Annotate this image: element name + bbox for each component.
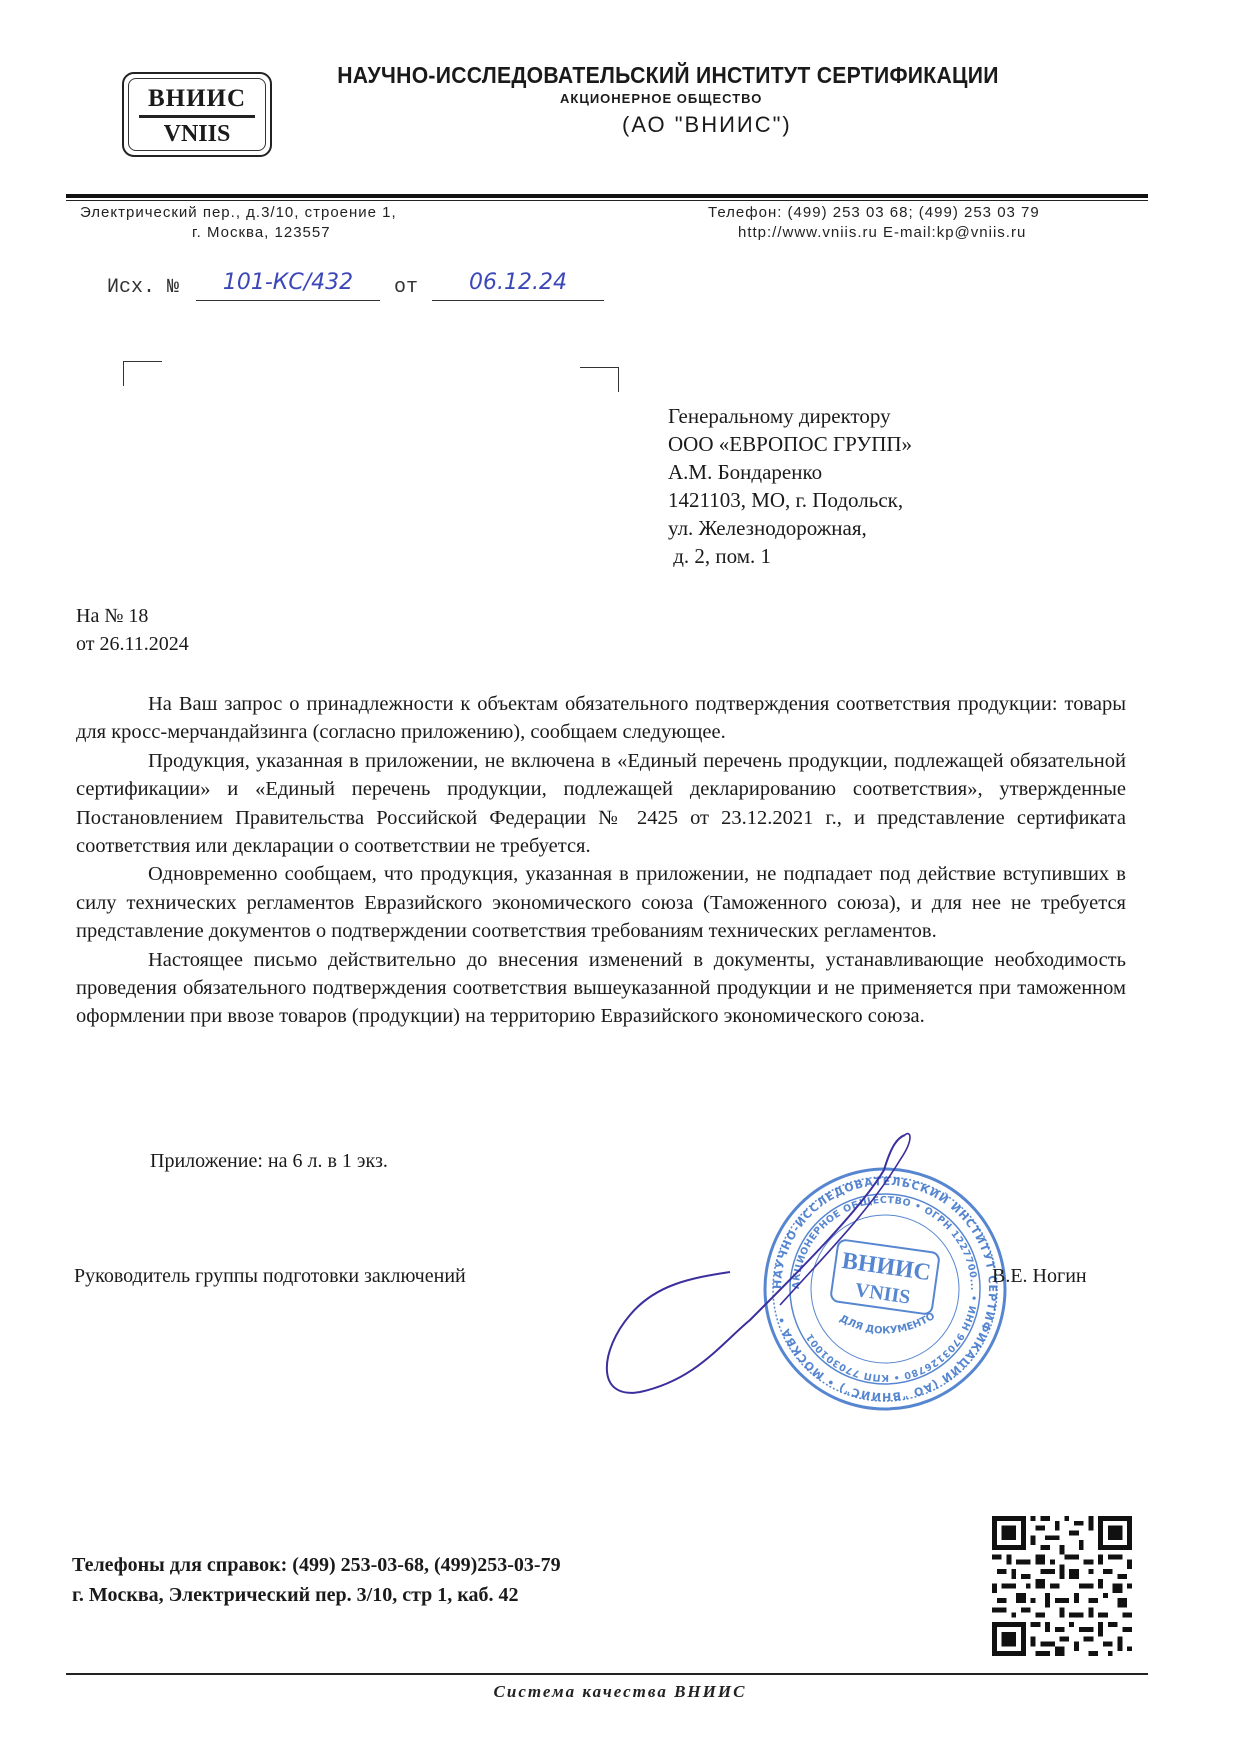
web-email-line: http://www.vniis.ru E-mail:kp@vniis.ru [738, 224, 1026, 241]
body-paragraph: На Ваш запрос о принадлежности к объекта… [76, 690, 1126, 747]
footer-contacts: Телефоны для справок: (499) 253-03-68, (… [72, 1550, 561, 1610]
reference-date: от 26.11.2024 [76, 630, 189, 658]
recipient-line: ул. Железнодорожная, [668, 514, 912, 542]
address-line-2: г. Москва, 123557 [192, 224, 331, 241]
recipient-block: Генеральному директору ООО «ЕВРОПОС ГРУП… [668, 402, 912, 570]
recipient-line: А.М. Бондаренко [668, 458, 912, 486]
qr-code[interactable] [992, 1516, 1132, 1656]
organization-form: АКЦИОНЕРНОЕ ОБЩЕСТВО [560, 91, 762, 106]
quality-system-label: Система качества ВНИИС [0, 1682, 1240, 1702]
letter-body: На Ваш запрос о принадлежности к объекта… [76, 690, 1126, 1031]
footer-divider [66, 1673, 1148, 1675]
organization-short-name: (АО "ВНИИС") [622, 112, 792, 138]
vniis-logo: ВНИИС VNIIS [122, 72, 272, 157]
organization-title: НАУЧНО-ИССЛЕДОВАТЕЛЬСКИЙ ИНСТИТУТ СЕРТИФ… [300, 62, 1036, 89]
handwritten-signature [600, 1130, 960, 1430]
footer-phones: Телефоны для справок: (499) 253-03-68, (… [72, 1550, 561, 1580]
recipient-line: 1421103, МО, г. Подольск, [668, 486, 912, 514]
address-corner-right [580, 367, 619, 392]
body-paragraph: Одновременно сообщаем, что продукция, ук… [76, 860, 1126, 945]
logo-text-latin: VNIIS [129, 120, 265, 148]
outgoing-date-handwritten: 06.12.24 [432, 270, 604, 301]
logo-text-cyrillic: ВНИИС [129, 85, 265, 113]
body-paragraph: Продукция, указанная в приложении, не вк… [76, 747, 1126, 861]
recipient-line: д. 2, пом. 1 [668, 542, 912, 570]
outgoing-date-label: от [394, 276, 418, 299]
reference-block: На № 18 от 26.11.2024 [76, 602, 189, 658]
reference-number: На № 18 [76, 602, 189, 630]
logo-divider [139, 115, 255, 118]
address-line-1: Электрический пер., д.3/10, строение 1, [80, 204, 397, 221]
header-divider-thin [66, 200, 1148, 201]
recipient-line: ООО «ЕВРОПОС ГРУПП» [668, 430, 912, 458]
footer-address: г. Москва, Электрический пер. 3/10, стр … [72, 1580, 561, 1610]
signer-name: В.Е. Ногин [992, 1265, 1087, 1288]
appendix-note: Приложение: на 6 л. в 1 экз. [150, 1150, 388, 1173]
address-corner-left [123, 361, 162, 386]
outgoing-number-label: Исх. № [107, 276, 179, 299]
outgoing-number-handwritten: 101-КС/432 [196, 270, 380, 301]
recipient-line: Генеральному директору [668, 402, 912, 430]
header-divider-thick [66, 194, 1148, 198]
phone-line: Телефон: (499) 253 03 68; (499) 253 03 7… [708, 204, 1040, 221]
signer-position: Руководитель группы подготовки заключени… [74, 1265, 466, 1288]
body-paragraph: Настоящее письмо действительно до внесен… [76, 946, 1126, 1031]
